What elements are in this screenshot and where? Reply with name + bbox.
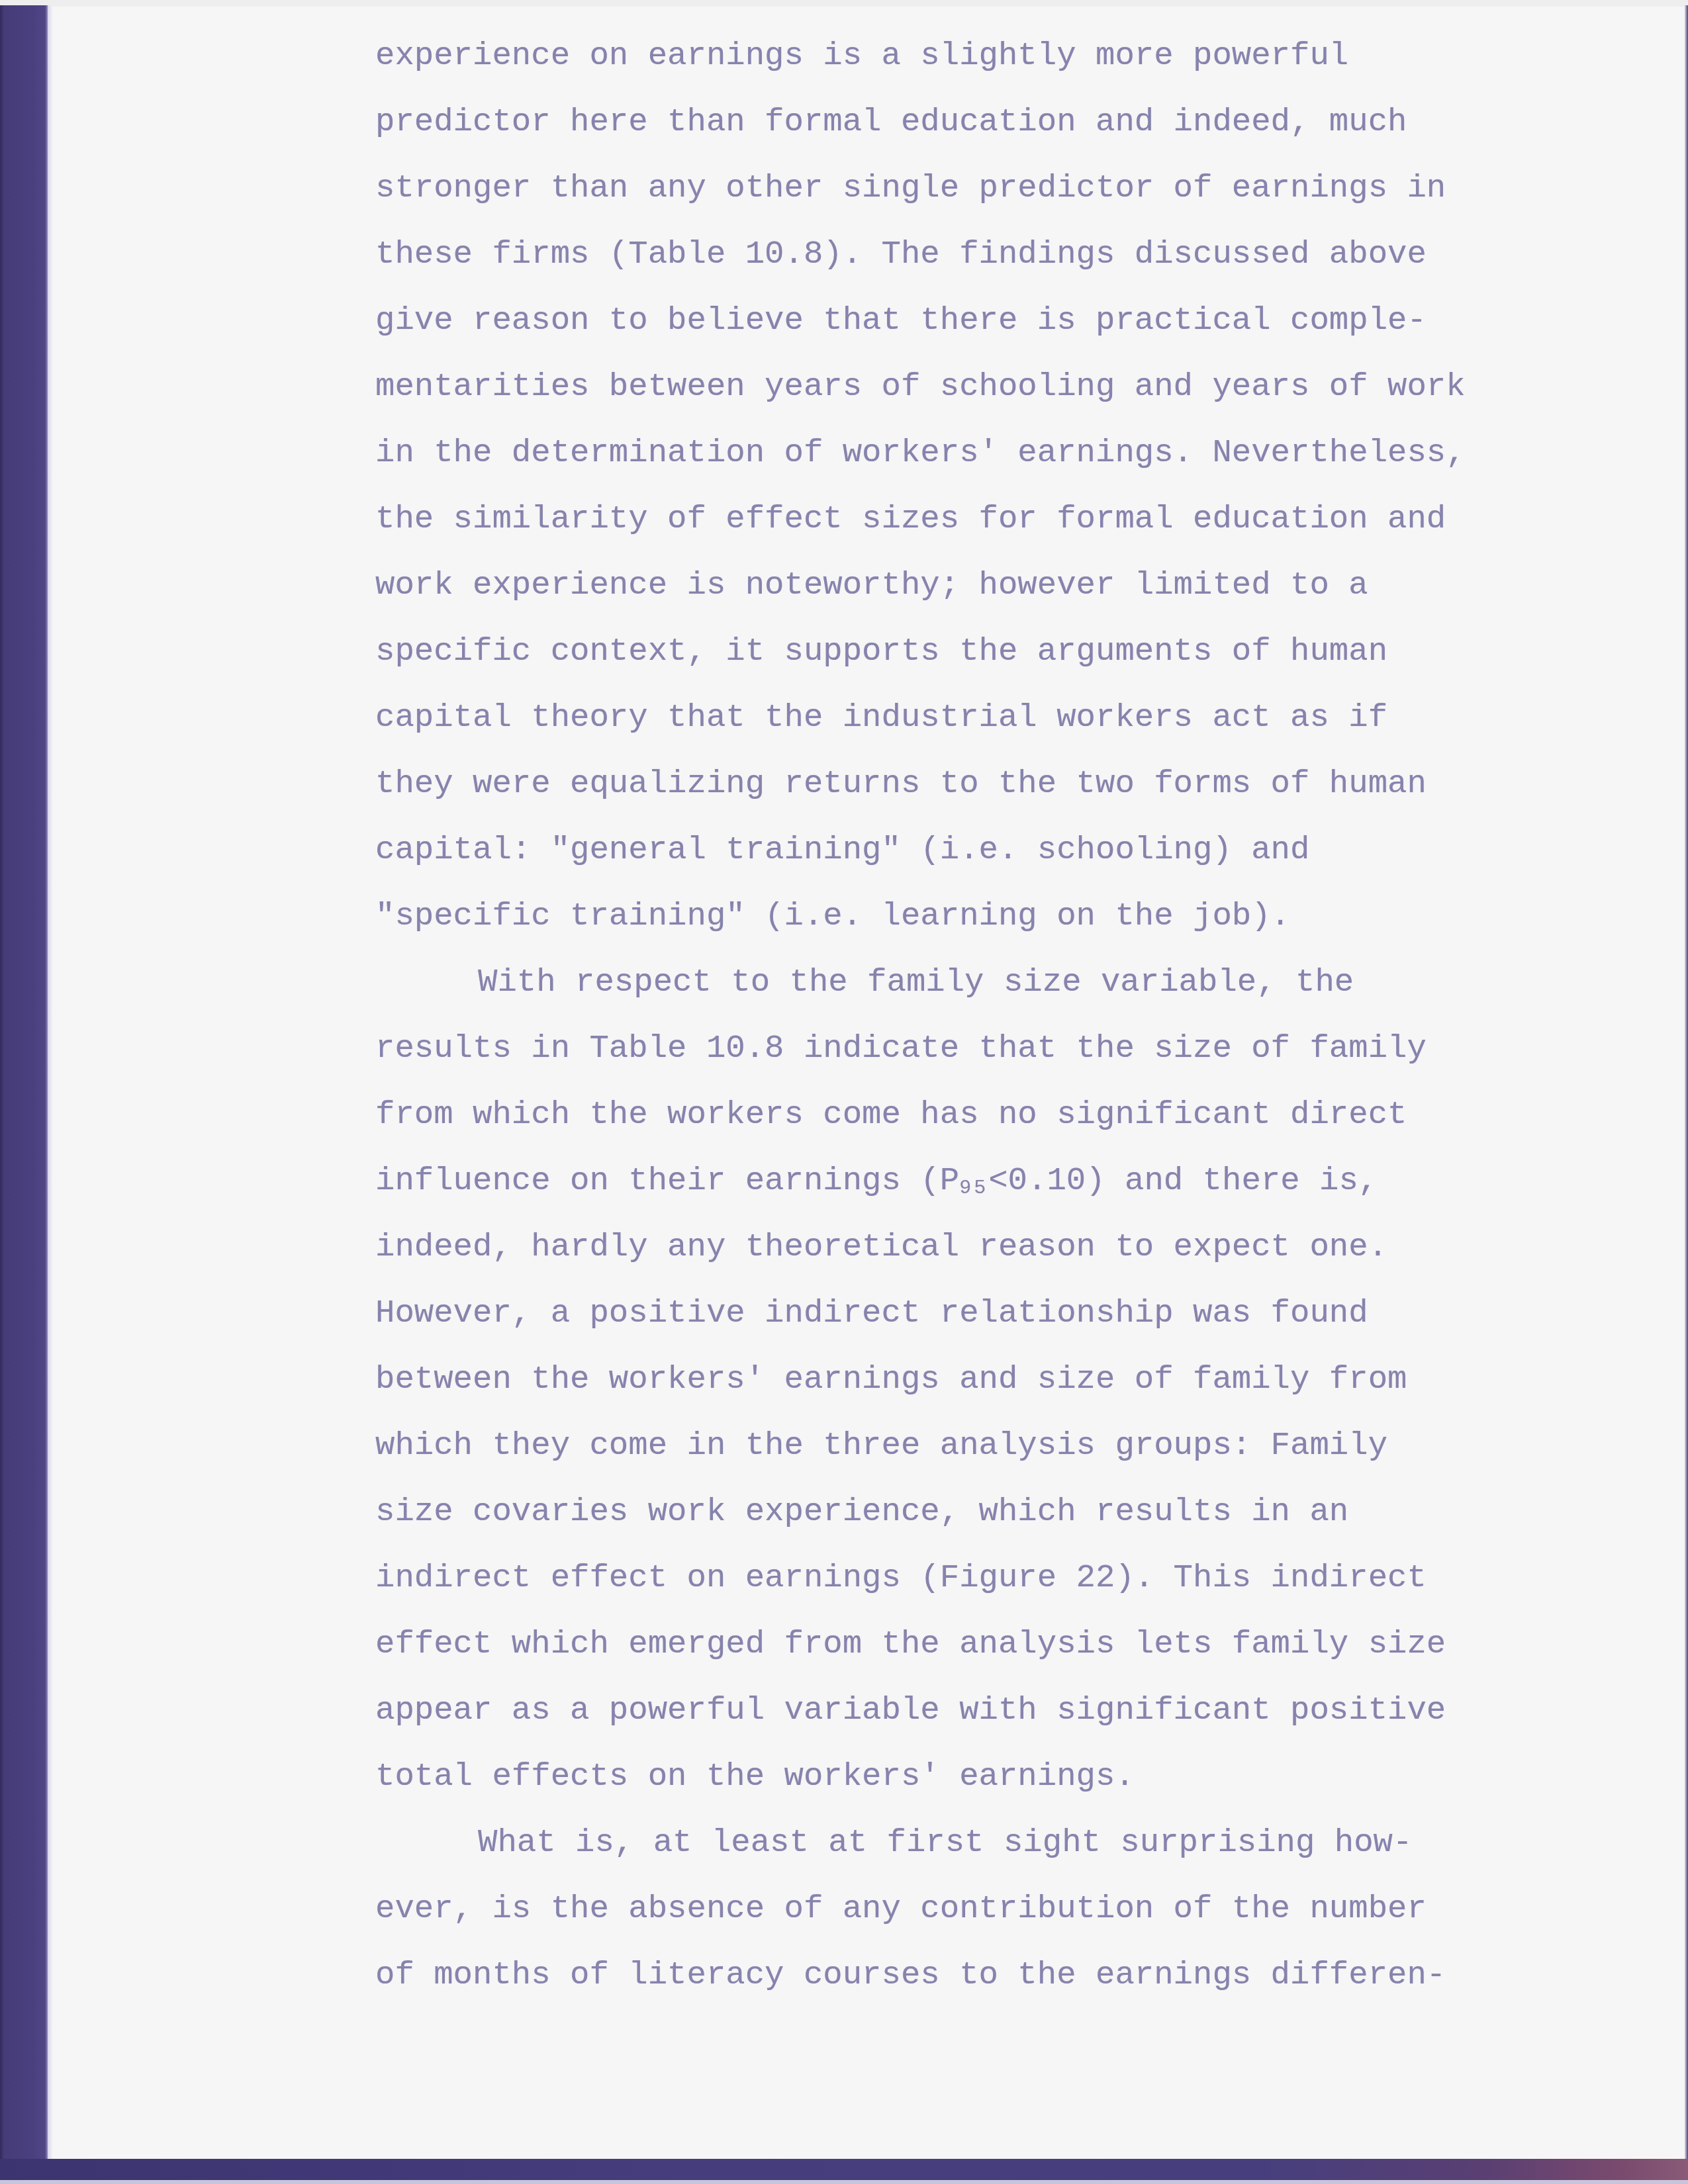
text-line: of months of literacy courses to the ear… — [375, 1959, 1446, 1991]
text-segment: influence on their earnings (P — [375, 1162, 959, 1199]
text-line: capital: "general training" (i.e. school… — [375, 834, 1309, 866]
paragraph-first-line: experience on earnings is a slightly mor… — [375, 40, 1348, 72]
text-line: "specific training" (i.e. learning on th… — [375, 900, 1290, 933]
text-line: However, a positive indirect relationshi… — [375, 1297, 1368, 1330]
text-line: specific context, it supports the argume… — [375, 635, 1387, 668]
subscript-95: 95 — [959, 1177, 988, 1200]
document-page: experience on earnings is a slightly mor… — [0, 0, 1688, 2184]
text-line: indeed, hardly any theoretical reason to… — [375, 1231, 1387, 1263]
text-line: these firms (Table 10.8). The findings d… — [375, 238, 1427, 271]
text-line: results in Table 10.8 indicate that the … — [375, 1032, 1427, 1065]
text-line: effect which emerged from the analysis l… — [375, 1628, 1446, 1661]
text-line: which they come in the three analysis gr… — [375, 1430, 1387, 1462]
text-line: mentarities between years of schooling a… — [375, 371, 1466, 403]
text-line: they were equalizing returns to the two … — [375, 768, 1427, 800]
text-line: ever, is the absence of any contribution… — [375, 1893, 1427, 1925]
text-line: between the workers' earnings and size o… — [375, 1363, 1407, 1396]
text-segment: <0.10) and there is, — [988, 1162, 1378, 1199]
text-line: influence on their earnings (P95<0.10) a… — [375, 1165, 1378, 1197]
text-line: from which the workers come has no signi… — [375, 1099, 1407, 1131]
text-line: size covaries work experience, which res… — [375, 1496, 1348, 1528]
text-line: work experience is noteworthy; however l… — [375, 569, 1368, 602]
text-line: give reason to believe that there is pra… — [375, 304, 1427, 337]
text-line: appear as a powerful variable with signi… — [375, 1694, 1446, 1727]
text-line: total effects on the workers' earnings. — [375, 1760, 1135, 1793]
paragraph-first-line: With respect to the family size variable… — [478, 966, 1354, 999]
text-line: capital theory that the industrial worke… — [375, 702, 1387, 734]
paragraph-first-line: What is, at least at first sight surpris… — [478, 1827, 1412, 1859]
text-line: predictor here than formal education and… — [375, 106, 1407, 138]
text-line: indirect effect on earnings (Figure 22).… — [375, 1562, 1427, 1594]
text-line: the similarity of effect sizes for forma… — [375, 503, 1446, 535]
text-line: stronger than any other single predictor… — [375, 172, 1446, 205]
text-line: in the determination of workers' earning… — [375, 437, 1466, 469]
